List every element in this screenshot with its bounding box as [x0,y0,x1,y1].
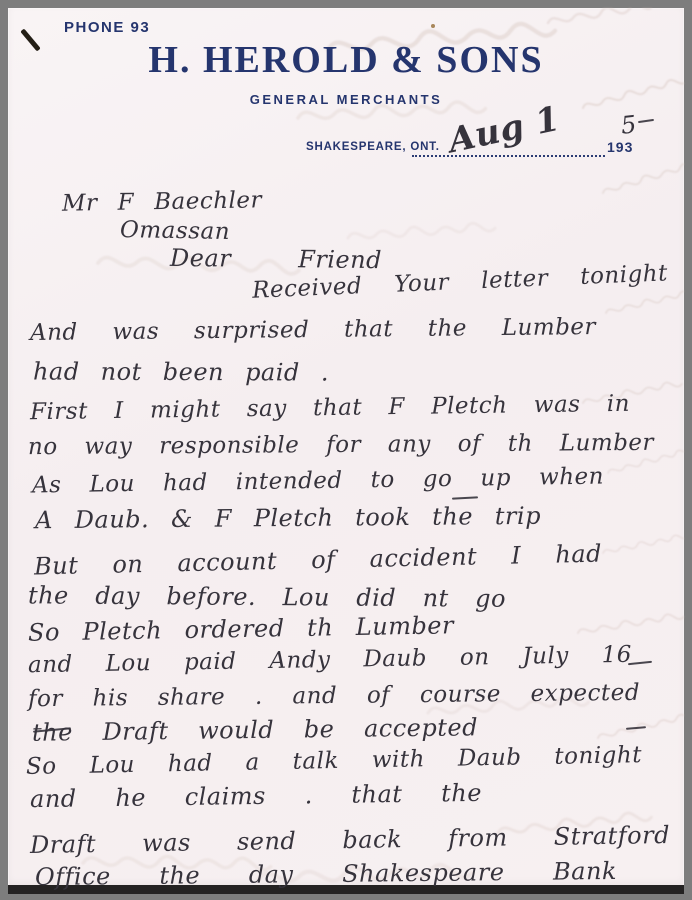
handwritten-line: the day before. Lou did nt go [28,582,506,612]
handwritten-line: A Daub. & F Pletch took the trip [35,503,541,534]
handwritten-year-digit: 5 [620,111,638,139]
recipient-place: Omassan [120,218,230,245]
company-name: H. HEROLD & SONS [0,38,692,82]
scanned-letter-photo: PHONE 93 H. HEROLD & SONS GENERAL MERCHA… [0,0,692,900]
year-prefix: 193 [607,139,633,155]
salutation: Dear Friend [170,245,382,274]
handwritten-line: the Draft would be accepted [32,714,478,746]
handwritten-line: Office the day Shakespeare Bank [35,858,617,890]
recipient-name: Mr F Baechler [62,188,262,217]
handwritten-line: and he claims . that the [30,780,482,813]
paper-speck [431,24,435,28]
phone-number: PHONE 93 [64,19,150,36]
handwritten-line: had not been paid . [33,358,329,385]
handwritten-line: no way responsible for any of th Lumber [28,431,654,461]
business-type: GENERAL MERCHANTS [0,92,692,107]
